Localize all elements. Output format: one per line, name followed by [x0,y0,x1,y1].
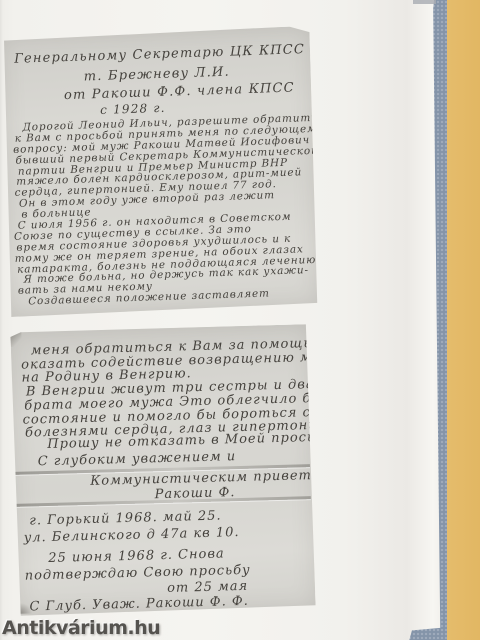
letter-photo-1: Генеральному Секретарю ЦК КПСС т. Брежне… [1,26,318,317]
watermark-antikvarium: Antikvárium.hu [2,617,160,639]
book-page-photo: Генеральному Секретарю ЦК КПСС т. Брежне… [0,0,480,640]
page-top-edge-shadow [413,0,436,4]
signature-line: Ракоши Ф. [154,485,235,502]
letter-photo-2: меня обратиться к Вам за помощью оказать… [10,324,315,616]
handwritten-line: ул. Белинского д 47а кв 10. [24,525,240,546]
handwritten-line: 25 июня 1968 г. Снова [48,546,225,566]
letter1-body: Дорогой Леонид Ильич, разрешите обратить… [10,112,316,307]
